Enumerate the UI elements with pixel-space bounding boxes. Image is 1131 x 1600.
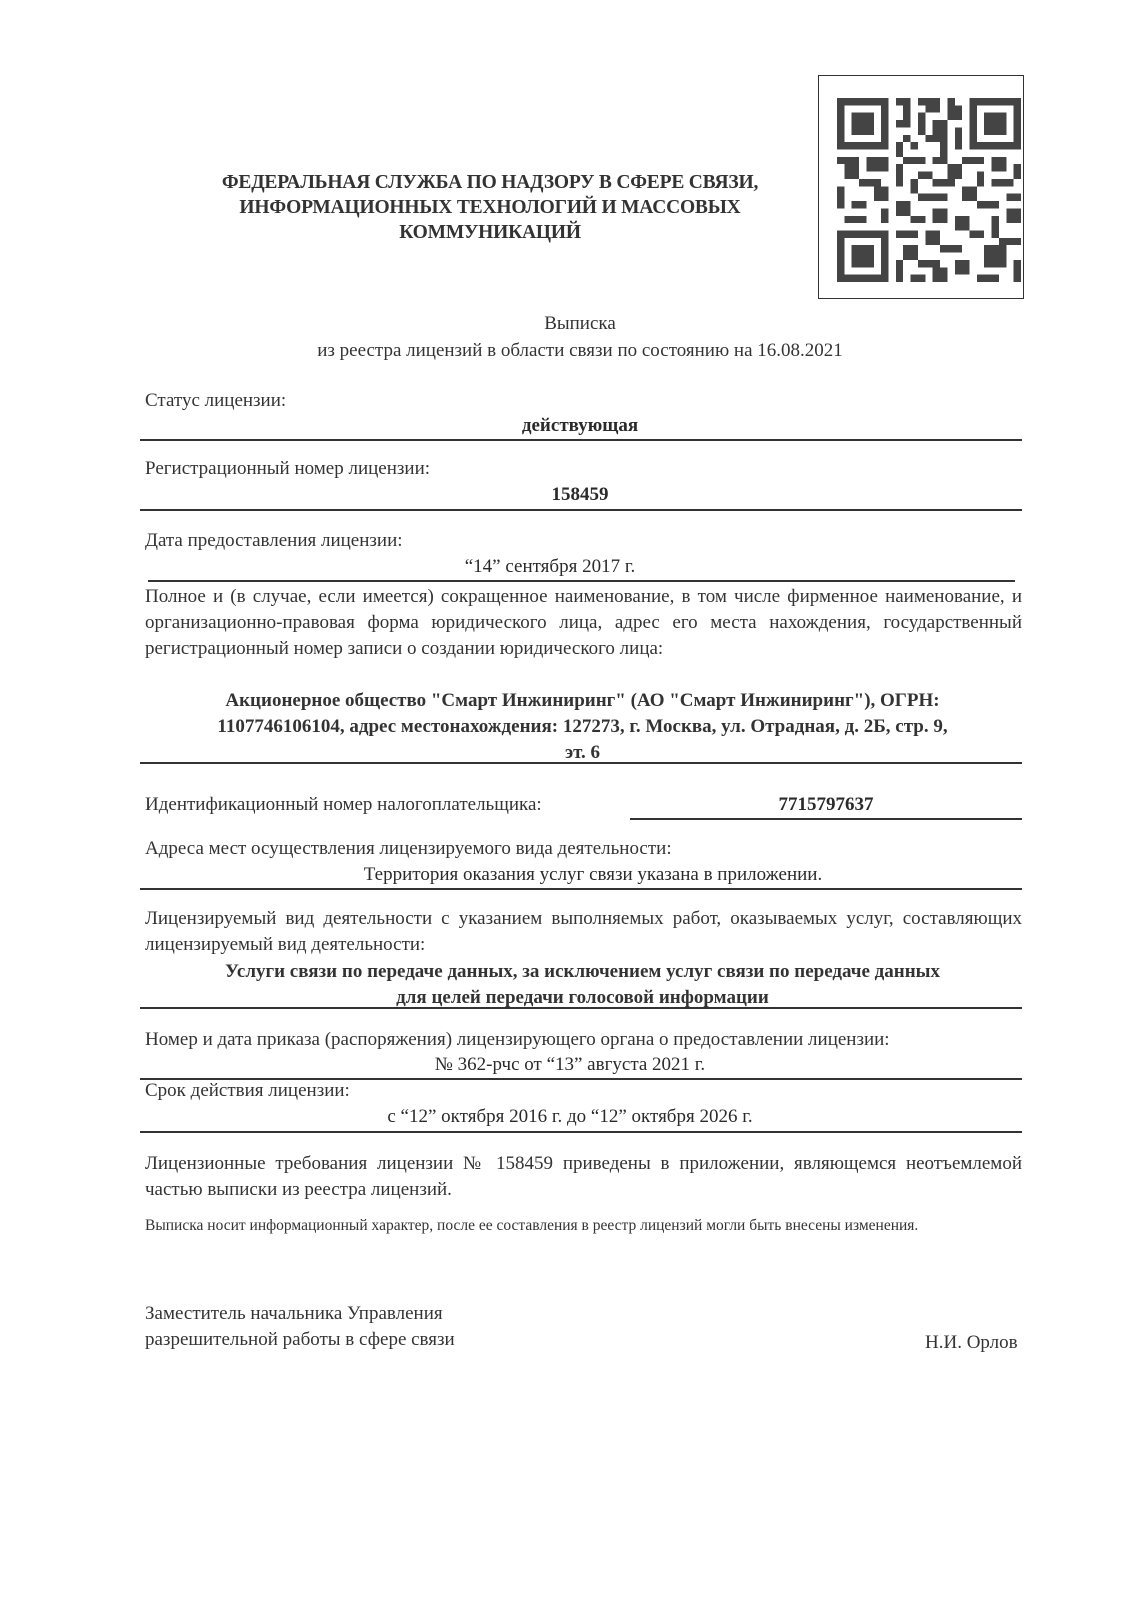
qr-code-icon [837, 98, 1021, 282]
entity-value-line-2: 1107746106104, адрес местонахождения: 12… [140, 714, 1025, 740]
order-value: № 362-рчс от “13” августа 2021 г. [140, 1054, 1000, 1076]
activity-label: Лицензируемый вид деятельности с указани… [145, 906, 1022, 958]
addresses-value: Территория оказания услуг связи указана … [140, 864, 1020, 886]
divider [140, 509, 1022, 511]
agency-name: ФЕДЕРАЛЬНАЯ СЛУЖБА ПО НАДЗОРУ В СФЕРЕ СВ… [180, 170, 800, 245]
signer-name: Н.И. Орлов [925, 1332, 1018, 1354]
inn-value: 7715797637 [630, 794, 1022, 816]
signer-position-line-2: разрешительной работы в сфере связи [145, 1329, 455, 1351]
grant-date-value: “14” сентября 2017 г. [140, 556, 960, 578]
status-label: Статус лицензии: [145, 390, 286, 412]
divider [140, 1007, 1022, 1009]
disclaimer-note: Выписка носит информационный характер, п… [145, 1215, 1022, 1237]
activity-value: Услуги связи по передаче данных, за искл… [140, 959, 1025, 1011]
order-label: Номер и дата приказа (распоряжения) лице… [145, 1029, 890, 1051]
divider [140, 439, 1022, 441]
divider [148, 580, 1015, 582]
reg-number-value: 158459 [140, 484, 1020, 506]
validity-label: Срок действия лицензии: [145, 1080, 350, 1102]
divider [140, 888, 1022, 890]
addresses-label: Адреса мест осуществления лицензируемого… [145, 838, 672, 860]
agency-line-1: ФЕДЕРАЛЬНАЯ СЛУЖБА ПО НАДЗОРУ В СФЕРЕ СВ… [180, 170, 800, 195]
entity-value-line-1: Акционерное общество "Смарт Инжиниринг" … [140, 688, 1025, 714]
document-subtitle: из реестра лицензий в области связи по с… [140, 340, 1020, 362]
inn-label: Идентификационный номер налогоплательщик… [145, 794, 542, 816]
divider [140, 1131, 1022, 1133]
validity-value: с “12” октября 2016 г. до “12” октября 2… [140, 1106, 1000, 1128]
status-value: действующая [140, 415, 1020, 437]
activity-value-line-1: Услуги связи по передаче данных, за искл… [140, 959, 1025, 985]
document-title: Выписка [140, 313, 1020, 335]
signer-position-line-1: Заместитель начальника Управления [145, 1303, 443, 1325]
requirements-note: Лицензионные требования лицензии № 15845… [145, 1151, 1022, 1203]
entity-label: Полное и (в случае, если имеется) сокращ… [145, 584, 1022, 662]
agency-line-2: ИНФОРМАЦИОННЫХ ТЕХНОЛОГИЙ И МАССОВЫХ [180, 195, 800, 220]
grant-date-label: Дата предоставления лицензии: [145, 530, 403, 552]
entity-value: Акционерное общество "Смарт Инжиниринг" … [140, 688, 1025, 766]
divider [630, 818, 1022, 820]
divider [140, 762, 1022, 764]
agency-line-3: КОММУНИКАЦИЙ [180, 220, 800, 245]
reg-number-label: Регистрационный номер лицензии: [145, 458, 430, 480]
qr-code [818, 75, 1024, 299]
